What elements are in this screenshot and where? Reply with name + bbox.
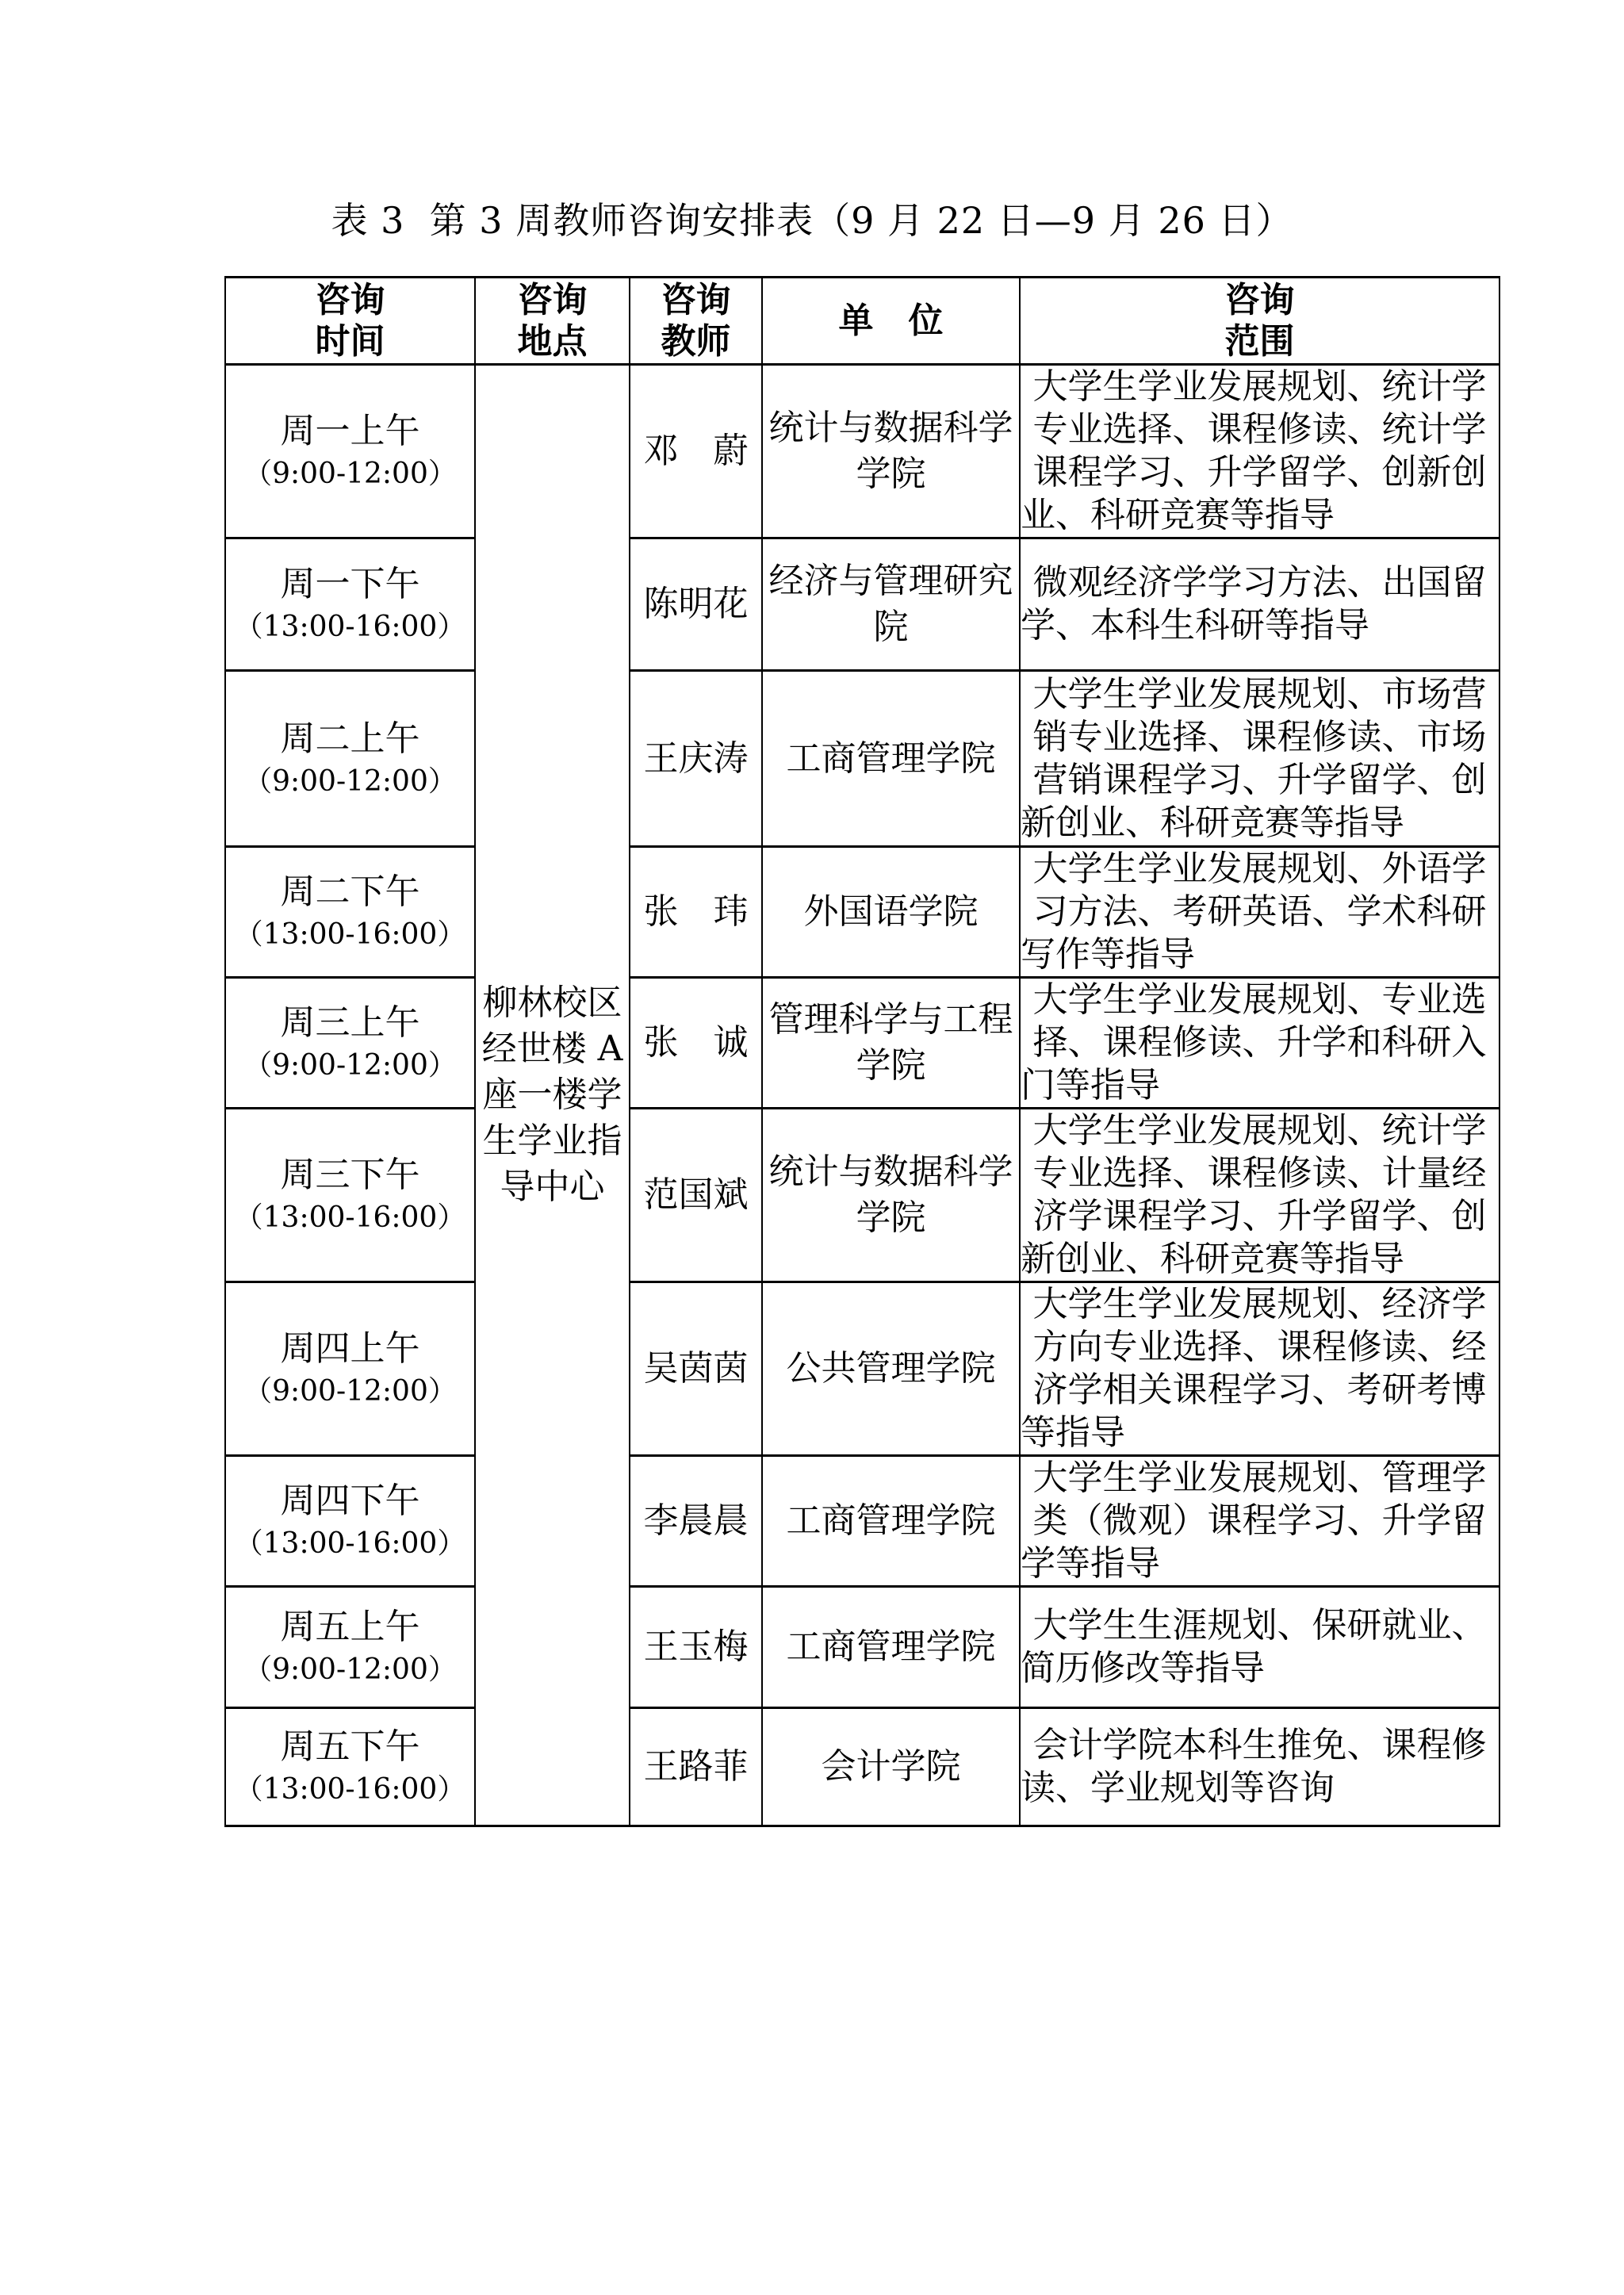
unit-cell: 会计学院 [762,1708,1020,1826]
time-slot: （13:00-16:00） [226,1770,474,1810]
time-slot: （13:00-16:00） [226,915,474,955]
teacher-cell: 吴茵茵 [630,1282,762,1456]
table-row: 周三上午 （9:00-12:00） 张 诚 管理科学与工程学院 大学生学业发展规… [225,978,1500,1109]
teacher-cell: 王路菲 [630,1708,762,1826]
document-title: 表 3 第 3 周教师咨询安排表（9 月 22 日—9 月 26 日） [0,0,1624,241]
time-day: 周三上午 [226,1000,474,1046]
header-consult-time: 咨询 时间 [225,278,475,365]
time-day: 周一上午 [226,408,474,454]
table-row: 周三下午 （13:00-16:00） 范国斌 统计与数据科学学院 大学生学业发展… [225,1109,1500,1282]
unit-cell: 工商管理学院 [762,1456,1020,1587]
location-cell: 柳林校区经世楼 A 座一楼学生学业指导中心 [475,365,630,1826]
table-header-row: 咨询 时间 咨询 地点 咨询 教师 单 位 咨询 范围 [225,278,1500,365]
time-slot: （9:00-12:00） [226,1372,474,1412]
scope-cell: 大学生学业发展规划、管理学类（微观）课程学习、升学留学等指导 [1020,1456,1500,1587]
unit-cell: 管理科学与工程学院 [762,978,1020,1109]
time-cell: 周一下午 （13:00-16:00） [225,538,475,671]
table-row: 周二下午 （13:00-16:00） 张 玮 外国语学院 大学生学业发展规划、外… [225,847,1500,978]
teacher-cell: 王玉梅 [630,1587,762,1708]
header-unit: 单 位 [762,278,1020,365]
scope-cell: 大学生学业发展规划、统计学专业选择、课程修读、统计学课程学习、升学留学、创新创业… [1020,365,1500,538]
time-slot: （9:00-12:00） [226,454,474,494]
header-consult-location: 咨询 地点 [475,278,630,365]
time-slot: （9:00-12:00） [226,1046,474,1086]
table-row: 周二上午 （9:00-12:00） 王庆涛 工商管理学院 大学生学业发展规划、市… [225,671,1500,847]
unit-cell: 外国语学院 [762,847,1020,978]
unit-cell: 工商管理学院 [762,671,1020,847]
time-day: 周五下午 [226,1724,474,1770]
header-consult-teacher: 咨询 教师 [630,278,762,365]
table-row: 周一下午 （13:00-16:00） 陈明花 经济与管理研究院 微观经济学学习方… [225,538,1500,671]
teacher-cell: 李晨晨 [630,1456,762,1587]
time-cell: 周五上午 （9:00-12:00） [225,1587,475,1708]
time-cell: 周三上午 （9:00-12:00） [225,978,475,1109]
teacher-cell: 范国斌 [630,1109,762,1282]
scope-cell: 大学生学业发展规划、外语学习方法、考研英语、学术科研写作等指导 [1020,847,1500,978]
unit-cell: 工商管理学院 [762,1587,1020,1708]
time-day: 周五上午 [226,1604,474,1650]
time-slot: （13:00-16:00） [226,1198,474,1238]
time-day: 周一下午 [226,561,474,607]
time-cell: 周二下午 （13:00-16:00） [225,847,475,978]
time-slot: （13:00-16:00） [226,607,474,647]
table-row: 周四下午 （13:00-16:00） 李晨晨 工商管理学院 大学生学业发展规划、… [225,1456,1500,1587]
time-day: 周二上午 [226,716,474,762]
table-row: 周五下午 （13:00-16:00） 王路菲 会计学院 会计学院本科生推免、课程… [225,1708,1500,1826]
time-day: 周四上午 [226,1326,474,1372]
time-day: 周二下午 [226,869,474,915]
document-page: 表 3 第 3 周教师咨询安排表（9 月 22 日—9 月 26 日） 咨询 时… [0,0,1624,2295]
teacher-cell: 张 玮 [630,847,762,978]
header-consult-scope: 咨询 范围 [1020,278,1500,365]
time-day: 周三下午 [226,1152,474,1198]
time-cell: 周四上午 （9:00-12:00） [225,1282,475,1456]
table-row: 周五上午 （9:00-12:00） 王玉梅 工商管理学院 大学生生涯规划、保研就… [225,1587,1500,1708]
scope-cell: 大学生学业发展规划、统计学专业选择、课程修读、计量经济学课程学习、升学留学、创新… [1020,1109,1500,1282]
time-cell: 周五下午 （13:00-16:00） [225,1708,475,1826]
teacher-cell: 邓 蔚 [630,365,762,538]
table-row: 周一上午 （9:00-12:00） 柳林校区经世楼 A 座一楼学生学业指导中心邓… [225,365,1500,538]
time-cell: 周二上午 （9:00-12:00） [225,671,475,847]
teacher-cell: 张 诚 [630,978,762,1109]
teacher-cell: 王庆涛 [630,671,762,847]
teacher-cell: 陈明花 [630,538,762,671]
unit-cell: 经济与管理研究院 [762,538,1020,671]
scope-cell: 大学生学业发展规划、经济学方向专业选择、课程修读、经济学相关课程学习、考研考博等… [1020,1282,1500,1456]
unit-cell: 公共管理学院 [762,1282,1020,1456]
consultation-schedule-table: 咨询 时间 咨询 地点 咨询 教师 单 位 咨询 范围 周一上午 （9:00-1… [224,276,1500,1827]
scope-cell: 大学生学业发展规划、专业选择、课程修读、升学和科研入门等指导 [1020,978,1500,1109]
time-slot: （9:00-12:00） [226,762,474,802]
time-cell: 周四下午 （13:00-16:00） [225,1456,475,1587]
unit-cell: 统计与数据科学学院 [762,365,1020,538]
time-slot: （13:00-16:00） [226,1524,474,1564]
scope-cell: 微观经济学学习方法、出国留学、本科生科研等指导 [1020,538,1500,671]
time-slot: （9:00-12:00） [226,1650,474,1690]
table-row: 周四上午 （9:00-12:00） 吴茵茵 公共管理学院 大学生学业发展规划、经… [225,1282,1500,1456]
unit-cell: 统计与数据科学学院 [762,1109,1020,1282]
scope-cell: 大学生生涯规划、保研就业、简历修改等指导 [1020,1587,1500,1708]
time-cell: 周三下午 （13:00-16:00） [225,1109,475,1282]
time-cell: 周一上午 （9:00-12:00） [225,365,475,538]
time-day: 周四下午 [226,1478,474,1524]
scope-cell: 会计学院本科生推免、课程修读、学业规划等咨询 [1020,1708,1500,1826]
scope-cell: 大学生学业发展规划、市场营销专业选择、课程修读、市场营销课程学习、升学留学、创新… [1020,671,1500,847]
